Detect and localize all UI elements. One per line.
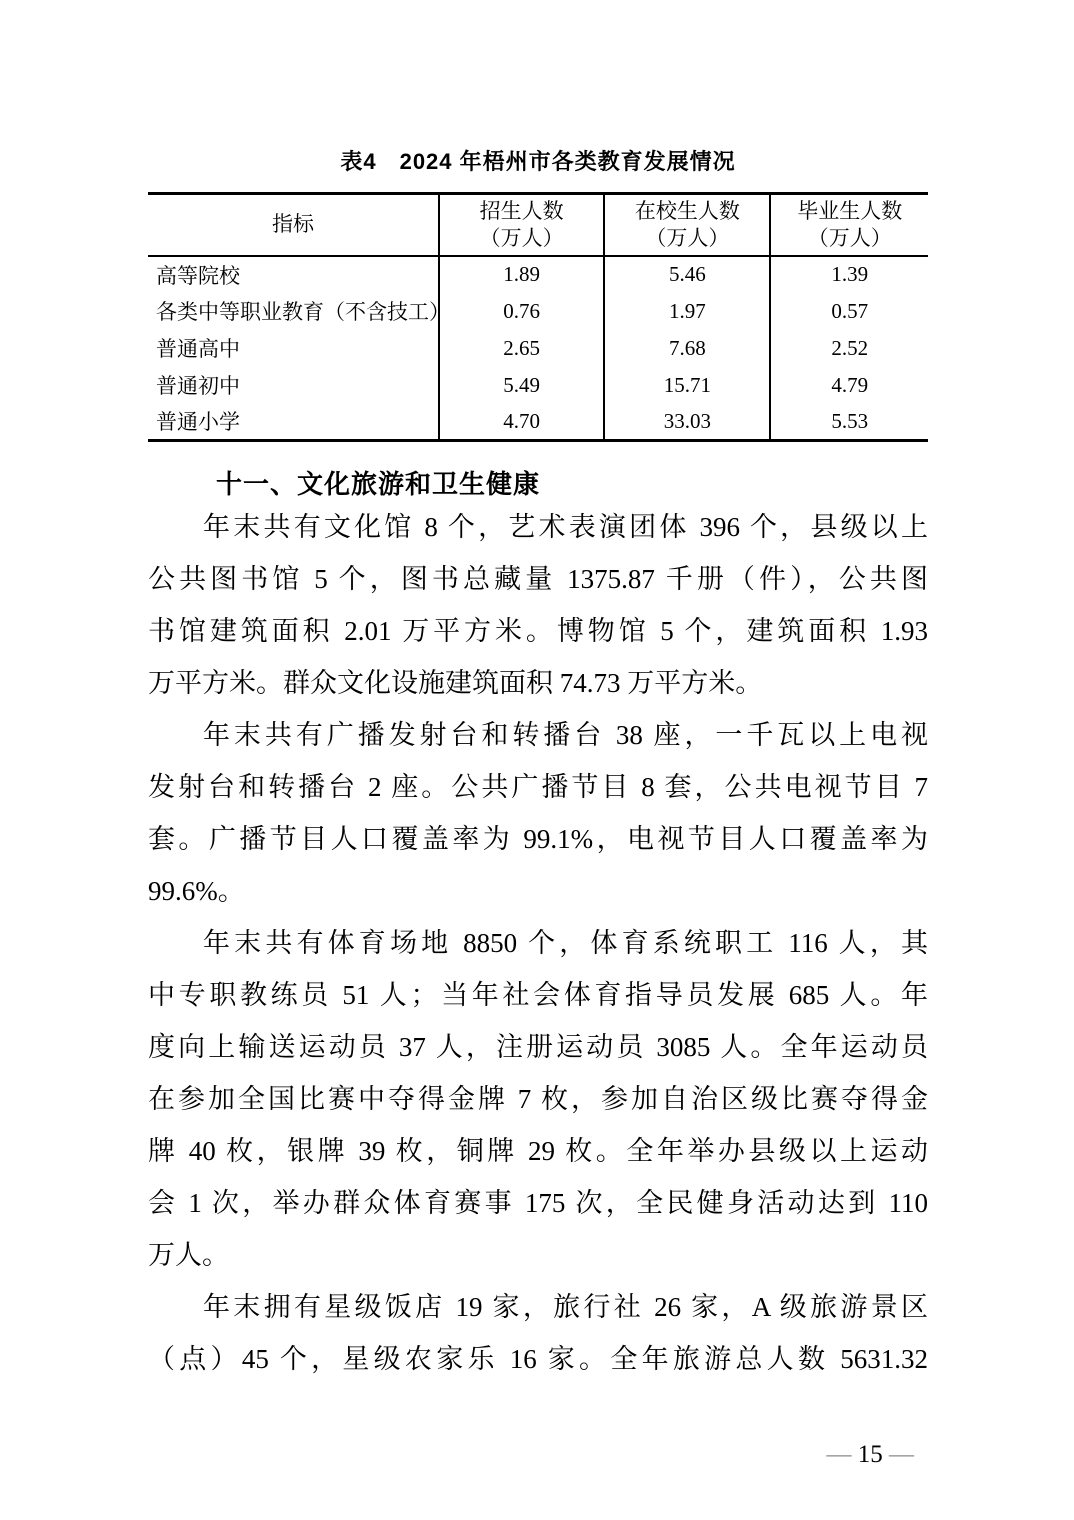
paragraph-1-line-1: 年末共有文化馆 8 个，艺术表演团体 396 个，县级以上: [148, 501, 928, 553]
value-cell: 5.53: [770, 404, 928, 441]
paragraph-3-line-4: 在参加全国比赛中夺得金牌 7 枚，参加自治区级比赛夺得金: [148, 1073, 928, 1125]
value-cell: 1.97: [604, 293, 770, 330]
content-area: 表4 2024 年梧州市各类教育发展情况 指标招生人数（万人）在校生人数（万人）…: [148, 0, 928, 1385]
table-header-row: 指标招生人数（万人）在校生人数（万人）毕业生人数（万人）: [148, 194, 928, 256]
table-body: 高等院校1.895.461.39各类中等职业教育（不含技工）0.761.970.…: [148, 256, 928, 441]
page-number-value: 15: [858, 1441, 883, 1468]
indicator-cell: 各类中等职业教育（不含技工）: [148, 293, 439, 330]
value-cell: 4.70: [439, 404, 604, 441]
paragraph-3-line-1: 年末共有体育场地 8850 个，体育系统职工 116 人，其: [148, 917, 928, 969]
education-table: 指标招生人数（万人）在校生人数（万人）毕业生人数（万人） 高等院校1.895.4…: [148, 192, 928, 442]
column-header-2: 招生人数（万人）: [439, 194, 604, 256]
table-header: 指标招生人数（万人）在校生人数（万人）毕业生人数（万人）: [148, 194, 928, 256]
paragraph-2-line-4: 99.6%。: [148, 865, 928, 917]
paragraph-1-line-2: 公共图书馆 5 个，图书总藏量 1375.87 千册（件），公共图: [148, 553, 928, 605]
value-cell: 33.03: [604, 404, 770, 441]
table-row: 各类中等职业教育（不含技工）0.761.970.57: [148, 293, 928, 330]
paragraph-2-line-1: 年末共有广播发射台和转播台 38 座，一千瓦以上电视: [148, 709, 928, 761]
column-header-1: 指标: [148, 194, 439, 256]
value-cell: 15.71: [604, 367, 770, 404]
indicator-cell: 高等院校: [148, 256, 439, 293]
page-number-dash-left: —: [827, 1441, 852, 1468]
table-row: 高等院校1.895.461.39: [148, 256, 928, 293]
value-cell: 7.68: [604, 330, 770, 367]
section-heading: 十一、文化旅游和卫生健康: [148, 467, 928, 501]
page-number: — 15 —: [827, 1440, 915, 1470]
value-cell: 2.65: [439, 330, 604, 367]
value-cell: 4.79: [770, 367, 928, 404]
value-cell: 0.76: [439, 293, 604, 330]
paragraph-1-line-4: 万平方米。群众文化设施建筑面积 74.73 万平方米。: [148, 657, 928, 709]
paragraph-3-line-3: 度向上输送运动员 37 人，注册运动员 3085 人。全年运动员: [148, 1021, 928, 1073]
column-header-4: 毕业生人数（万人）: [770, 194, 928, 256]
paragraph-3-line-7: 万人。: [148, 1229, 928, 1281]
paragraph-4-line-2: （点）45 个，星级农家乐 16 家。全年旅游总人数 5631.32: [148, 1333, 928, 1385]
indicator-cell: 普通高中: [148, 330, 439, 367]
paragraph-3-line-5: 牌 40 枚，银牌 39 枚，铜牌 29 枚。全年举办县级以上运动: [148, 1125, 928, 1177]
indicator-cell: 普通小学: [148, 404, 439, 441]
body-text: 年末共有文化馆 8 个，艺术表演团体 396 个，县级以上公共图书馆 5 个，图…: [148, 501, 928, 1385]
column-header-3: 在校生人数（万人）: [604, 194, 770, 256]
paragraph-3-line-6: 会 1 次，举办群众体育赛事 175 次，全民健身活动达到 110: [148, 1177, 928, 1229]
paragraph-2-line-2: 发射台和转播台 2 座。公共广播节目 8 套，公共电视节目 7: [148, 761, 928, 813]
value-cell: 0.57: [770, 293, 928, 330]
table-row: 普通小学4.7033.035.53: [148, 404, 928, 441]
value-cell: 2.52: [770, 330, 928, 367]
table-row: 普通高中2.657.682.52: [148, 330, 928, 367]
paragraph-3-line-2: 中专职教练员 51 人；当年社会体育指导员发展 685 人。年: [148, 969, 928, 1021]
document-page: 表4 2024 年梧州市各类教育发展情况 指标招生人数（万人）在校生人数（万人）…: [0, 0, 1074, 1520]
table-caption: 表4 2024 年梧州市各类教育发展情况: [148, 146, 928, 178]
value-cell: 1.39: [770, 256, 928, 293]
indicator-cell: 普通初中: [148, 367, 439, 404]
table-row: 普通初中5.4915.714.79: [148, 367, 928, 404]
page-number-dash-right: —: [889, 1441, 914, 1468]
paragraph-2-line-3: 套。广播节目人口覆盖率为 99.1%，电视节目人口覆盖率为: [148, 813, 928, 865]
value-cell: 5.49: [439, 367, 604, 404]
value-cell: 1.89: [439, 256, 604, 293]
paragraph-1-line-3: 书馆建筑面积 2.01 万平方米。博物馆 5 个，建筑面积 1.93: [148, 605, 928, 657]
value-cell: 5.46: [604, 256, 770, 293]
paragraph-4-line-1: 年末拥有星级饭店 19 家，旅行社 26 家，A 级旅游景区: [148, 1281, 928, 1333]
